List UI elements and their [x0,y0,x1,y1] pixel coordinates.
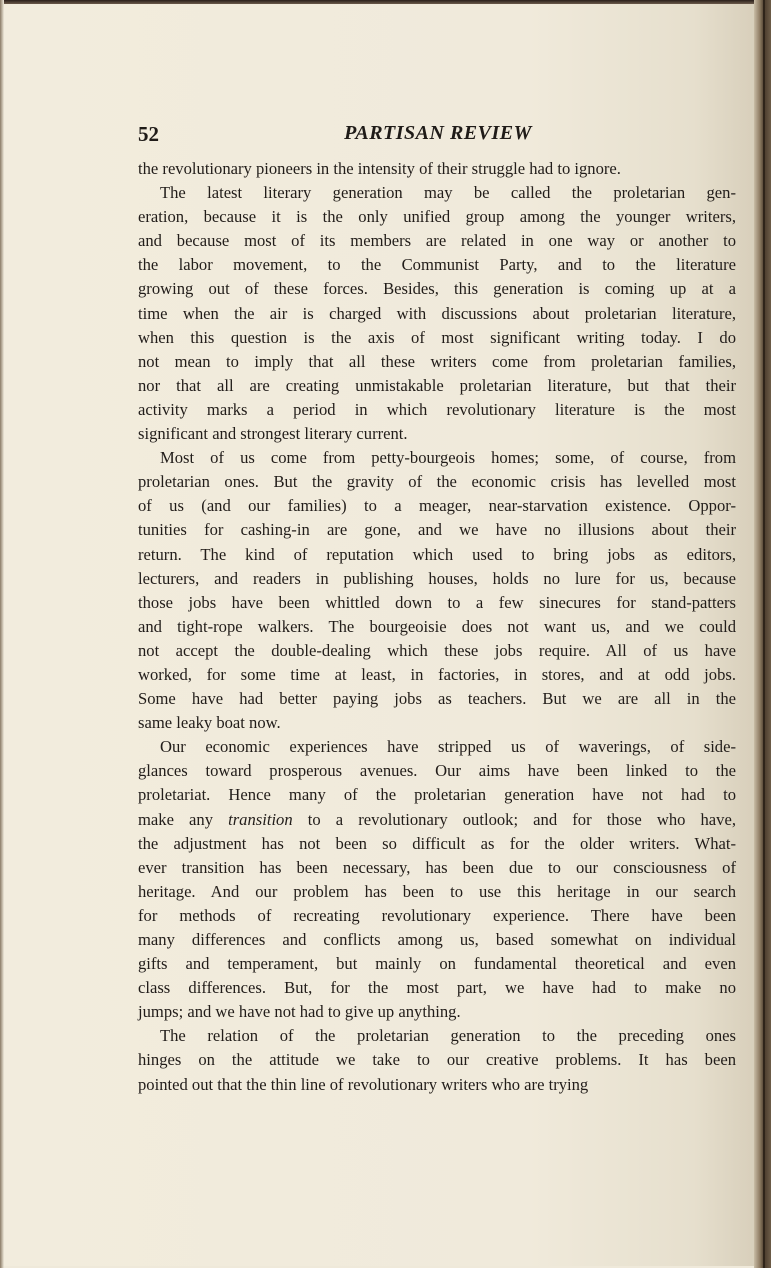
text-line: make any transition to a revolutionary o… [138,808,736,832]
text-line: worked, for some time at least, in facto… [138,663,736,687]
text-line: hinges on the attitude we take to our cr… [138,1048,736,1072]
paragraph: Our economic experiences have stripped u… [138,735,736,1024]
text-line: return. The kind of reputation which use… [138,543,736,567]
text-line: activity marks a period in which revolut… [138,398,736,422]
text-line: the adjustment has not been so difficult… [138,832,736,856]
text-line: same leaky boat now. [138,711,736,735]
text-line: Some have had better paying jobs as teac… [138,687,736,711]
text-line: the revolutionary pioneers in the intens… [138,157,736,181]
text-line: pointed out that the thin line of revolu… [138,1073,736,1097]
text-line: of us (and our families) to a meager, ne… [138,494,736,518]
text-line: nor that all are creating unmistakable p… [138,374,736,398]
body-text: the revolutionary pioneers in the intens… [138,157,736,1097]
paragraph: The relation of the proletarian generati… [138,1024,736,1096]
text-line: proletarian ones. But the gravity of the… [138,470,736,494]
text-line: jumps; and we have not had to give up an… [138,1000,736,1024]
text-line: not accept the double-dealing which thes… [138,639,736,663]
paragraph: The latest literary generation may be ca… [138,181,736,446]
paragraph: Most of us come from petty-bourgeois hom… [138,446,736,735]
italic-emphasis: transition [228,810,293,829]
text-line: Our economic experiences have stripped u… [138,735,736,759]
text-line: time when the air is charged with discus… [138,302,736,326]
paragraph: the revolutionary pioneers in the intens… [138,157,736,181]
text-line: Most of us come from petty-bourgeois hom… [138,446,736,470]
text-line: many differences and conflicts among us,… [138,928,736,952]
text-line: growing out of these forces. Besides, th… [138,277,736,301]
text-line: class differences. But, for the most par… [138,976,736,1000]
text-line: tunities for cashing-in are gone, and we… [138,518,736,542]
text-line: not mean to imply that all these writers… [138,350,736,374]
text-line: eration, because it is the only unified … [138,205,736,229]
text-line: glances toward prosperous avenues. Our a… [138,759,736,783]
text-line: proletariat. Hence many of the proletari… [138,783,736,807]
text-line: The relation of the proletarian generati… [138,1024,736,1048]
text-line: ever transition has been necessary, has … [138,856,736,880]
text-line: lecturers, and readers in publishing hou… [138,567,736,591]
text-line: those jobs have been whittled down to a … [138,591,736,615]
page-header: 52 PARTISAN REVIEW [138,122,738,152]
text-line: The latest literary generation may be ca… [138,181,736,205]
text-line: for methods of recreating revolutionary … [138,904,736,928]
text-line: significant and strongest literary curre… [138,422,736,446]
text-line: gifts and temperament, but mainly on fun… [138,952,736,976]
text-line: and because most of its members are rela… [138,229,736,253]
running-head: PARTISAN REVIEW [138,122,738,145]
text-line: and tight-rope walkers. The bourgeoisie … [138,615,736,639]
text-line: heritage. And our problem has been to us… [138,880,736,904]
gutter-shadow-line [763,0,765,1268]
text-line: when this question is the axis of most s… [138,326,736,350]
text-line: the labor movement, to the Communist Par… [138,253,736,277]
